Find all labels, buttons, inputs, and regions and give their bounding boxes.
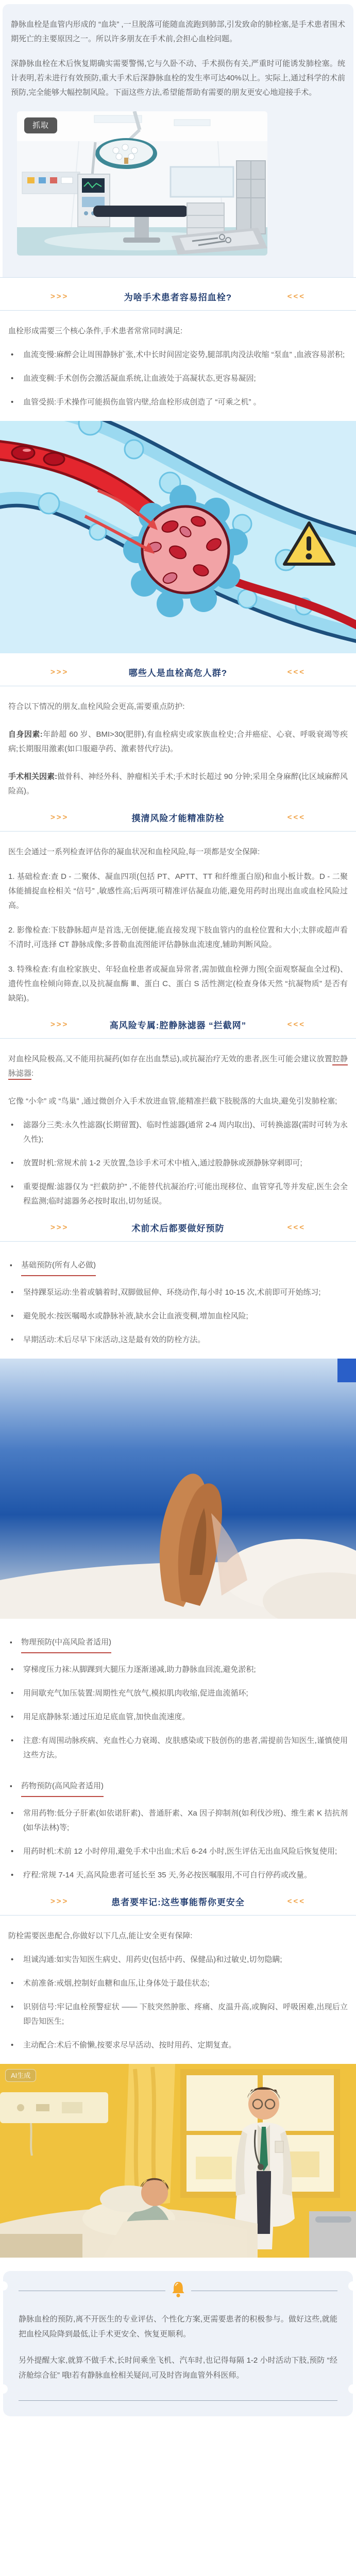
bullet-dot-icon: • xyxy=(8,1844,23,1859)
sec2-self-factors: 自身因素:年龄超 60 岁、BMI>30(肥胖),有血栓病史或家族血栓史;合并癌… xyxy=(8,727,348,756)
list-item: • 坚持踝泵运动:坐着或躺着时,双脚做屈伸、环绕动作,每小时 10-15 次,术… xyxy=(8,1285,348,1300)
section-title: 患者要牢记:这些事能帮你更安全 xyxy=(69,1895,287,1908)
sec2-surgery-factors-label: 手术相关因素: xyxy=(8,772,57,781)
sec2-self-factors-label: 自身因素: xyxy=(8,730,43,739)
section-title: 摸清风险才能精准防栓 xyxy=(69,811,287,824)
right-arrows-icon: <<< xyxy=(287,1020,306,1029)
right-arrows-icon: <<< xyxy=(287,668,306,676)
blood-clot-vessel-image[interactable] xyxy=(0,421,356,653)
bullet-dot-icon: • xyxy=(8,1663,23,1677)
list-item: • 用间歇充气加压装置:周期性充气放气,模拟肌肉收缩,促进血流循环; xyxy=(8,1686,348,1701)
bullet-dot-icon: • xyxy=(8,348,23,362)
intro-panel: 静脉血栓是血管内形成的 “血块” ,一旦脱落可能随血流跑到肺部,引发致命的肺栓塞… xyxy=(3,4,353,277)
operating-room-image[interactable]: 抓取 xyxy=(17,111,339,256)
list-item: • 识别信号:牢记血栓预警症状 —— 下肢突然肿胀、疼痛、皮温升高,或胸闷、呼吸… xyxy=(8,2000,348,2029)
intro-paragraph-1: 静脉血栓是血管内形成的 “血块” ,一旦脱落可能随血流跑到肺部,引发致命的肺栓塞… xyxy=(11,18,345,46)
square-bullet-icon: ▪ xyxy=(8,1259,21,1276)
list-item: • 滤器分三类:永久性滤器(长期留置)、临时性滤器(通常 2-4 周内取出)、可… xyxy=(8,1118,348,1147)
list-item: • 避免脱水:按医嘱喝水或静脉补液,缺水会让血液变稠,增加血栓风险; xyxy=(8,1309,348,1324)
sec4-p1-pre: 对血栓风险极高,又不能用抗凝药(如存在出血禁忌),或抗凝治疗无效的患者,医生可能… xyxy=(8,1055,332,1063)
list-item-text: 早期活动:术后尽早下床活动,这是最有效的防栓方法。 xyxy=(23,1333,348,1347)
list-item-text: 识别信号:牢记血栓预警症状 —— 下肢突然肿胀、疼痛、皮温升高,或胸闷、呼吸困难… xyxy=(23,2000,348,2029)
sec4-paragraph-2: 它像 “小伞” 或 “鸟巢” ,通过微创介入手术放进血管,能精准拦截下肢脱落的大… xyxy=(8,1094,348,1109)
sec3-item-special: 3. 特殊检查:有血栓家族史、年轻血栓患者或凝血异常者,需加做血栓弹力图(全面观… xyxy=(8,962,348,1006)
list-item-text: 常用药物:低分子肝素(如依诺肝素)、普通肝素、Xa 因子抑制剂(如利伐沙班)、维… xyxy=(23,1806,348,1835)
bullet-dot-icon: • xyxy=(8,1953,23,1967)
sec3-lead: 医生会通过一系列检查评估你的凝血状况和血栓风险,每一项都是安全保障: xyxy=(8,845,348,859)
sec4-bullet-list: • 滤器分三类:永久性滤器(长期留置)、临时性滤器(通常 2-4 周内取出)、可… xyxy=(8,1118,348,1209)
right-arrows-icon: <<< xyxy=(287,1897,306,1906)
bullet-dot-icon: • xyxy=(8,1734,23,1762)
summary-card: 静脉血栓的预防,离不开医生的专业评估、个性化方案,更需要患者的积极参与。做好这些… xyxy=(3,2271,353,2416)
doctor-patient-image[interactable]: AI生成 xyxy=(0,2064,356,2258)
card-notch xyxy=(348,2384,356,2394)
list-item-text: 滤器分三类:永久性滤器(长期留置)、临时性滤器(通常 2-4 周内取出)、可转换… xyxy=(23,1118,348,1147)
list-item: • 坦诚沟通:如实告知医生病史、用药史(包括中药、保健品)和过敏史,切勿隐瞒; xyxy=(8,1953,348,1967)
left-arrows-icon: >>> xyxy=(50,1020,69,1029)
list-item: • 血液变稠:手术创伤会激活凝血系统,让血液处于高凝状态,更容易凝固; xyxy=(8,371,348,386)
list-item-text: 穿梯度压力袜:从脚踝到大腿压力逐渐递减,助力静脉血回流,避免淤积; xyxy=(23,1663,348,1677)
list-item-text: 用药时机:术前 12 小时停用,避免手术中出血;术后 6-24 小时,医生评估无… xyxy=(23,1844,348,1859)
doctor-patient-cartoon xyxy=(0,2064,356,2258)
list-item: • 常用药物:低分子肝素(如依诺肝素)、普通肝素、Xa 因子抑制剂(如利伐沙班)… xyxy=(8,1806,348,1835)
list-item-text: 疗程:常规 7-14 天,高风险患者可延长至 35 天,务必按医嘱服用,不可自行… xyxy=(23,1868,348,1883)
sec1-lead: 血栓形成需要三个核心条件,手术患者常常同时满足: xyxy=(8,324,348,338)
right-arrows-icon: <<< xyxy=(287,813,306,822)
bullet-dot-icon: • xyxy=(8,371,23,386)
list-item: • 血流变慢:麻醉会让周围静脉扩张,术中长时间固定姿势,腿部肌肉没法收缩 “泵血… xyxy=(8,348,348,362)
bullet-dot-icon: • xyxy=(8,1710,23,1724)
sec3-item-imaging: 2. 影像检查:下肢静脉超声是首选,无创便捷,能直接发现下肢血管内的血栓位置和大… xyxy=(8,923,348,952)
section-title: 哪些人是血栓高危人群? xyxy=(69,666,287,679)
section-header-risk-assessment: >>> 摸清风险才能精准防栓 <<< xyxy=(0,799,356,832)
left-arrows-icon: >>> xyxy=(50,813,69,822)
sec4-p1-post: : xyxy=(31,1069,33,1078)
bullet-dot-icon: • xyxy=(8,1868,23,1883)
list-item-text: 用足底静脉泵:通过压迫足底血管,加快血流速度。 xyxy=(23,1710,348,1724)
sec2-surgery-factors-text: 做骨科、神经外科、肿瘤相关手术;手术时长超过 90 分钟;采用全身麻醉(比区域麻… xyxy=(8,772,348,795)
section-header-high-risk-groups: >>> 哪些人是血栓高危人群? <<< xyxy=(0,653,356,686)
card-notch xyxy=(348,2281,356,2291)
right-arrows-icon: <<< xyxy=(287,292,306,301)
bullet-dot-icon: • xyxy=(8,1309,23,1324)
bullet-dot-icon: • xyxy=(8,1333,23,1347)
divider-line xyxy=(191,2291,338,2291)
list-item: • 疗程:常规 7-14 天,高风险患者可延长至 35 天,务必按医嘱服用,不可… xyxy=(8,1868,348,1883)
list-item-text: 放置时机:常规术前 1-2 天放置,急诊手术可术中植入,通过股静脉或颈静脉穿刺即… xyxy=(23,1156,348,1171)
list-item-text: 血管受损:手术操作可能损伤血管内壁,给血栓形成创造了 “可乘之机” 。 xyxy=(23,395,348,410)
card-notch xyxy=(0,2384,8,2394)
section-header-patient-tips: >>> 患者要牢记:这些事能帮你更安全 <<< xyxy=(0,1883,356,1916)
capture-badge-button[interactable]: 抓取 xyxy=(24,117,57,133)
sec3-check-list: 1. 基础检查:查 D - 二聚体、凝血四项(包括 PT、APTT、TT 和纤维… xyxy=(0,870,356,1006)
subheading-basic-prevention: ▪ 基础预防(所有人必做) xyxy=(8,1259,348,1276)
list-item: • 用药时机:术前 12 小时停用,避免手术中出血;术后 6-24 小时,医生评… xyxy=(8,1844,348,1859)
list-item: • 注意:有周围动脉疾病、充血性心力衰竭、皮肤感染或下肢创伤的患者,需提前告知医… xyxy=(8,1734,348,1762)
drug-prevention-list: • 常用药物:低分子肝素(如依诺肝素)、普通肝素、Xa 因子抑制剂(如利伐沙班)… xyxy=(8,1806,348,1883)
list-item-text: 用间歇充气加压装置:周期性充气放气,模拟肌肉收缩,促进血流循环; xyxy=(23,1686,348,1701)
sec4-paragraph-1: 对血栓风险极高,又不能用抗凝药(如存在出血禁忌),或抗凝治疗无效的患者,医生可能… xyxy=(8,1052,348,1081)
list-item-text: 血流变慢:麻醉会让周围静脉扩张,术中长时间固定姿势,腿部肌肉没法收缩 “泵血” … xyxy=(23,348,348,362)
left-arrows-icon: >>> xyxy=(50,292,69,301)
section-title: 为啥手术患者容易招血栓? xyxy=(69,290,287,303)
bullet-dot-icon: • xyxy=(8,2000,23,2029)
ai-generated-badge: AI生成 xyxy=(5,2069,36,2082)
sec6-bullet-list: • 坦诚沟通:如实告知医生病史、用药史(包括中药、保健品)和过敏史,切勿隐瞒; … xyxy=(8,1953,348,2053)
bullet-dot-icon: • xyxy=(8,1976,23,1991)
list-item-text: 坚持踝泵运动:坐着或躺着时,双脚做屈伸、环绕动作,每小时 10-15 次,术前即… xyxy=(23,1285,348,1300)
card-notch xyxy=(0,2281,8,2291)
summary-paragraph-1: 静脉血栓的预防,离不开医生的专业评估、个性化方案,更需要患者的积极参与。做好这些… xyxy=(19,2312,337,2342)
list-item: • 血管受损:手术操作可能损伤血管内壁,给血栓形成创造了 “可乘之机” 。 xyxy=(8,395,348,410)
bullet-dot-icon: • xyxy=(8,1285,23,1300)
section-header-prevention: >>> 术前术后都要做好预防 <<< xyxy=(0,1209,356,1242)
left-arrows-icon: >>> xyxy=(50,1223,69,1232)
list-item: • 用足底静脉泵:通过压迫足底血管,加快血流速度。 xyxy=(8,1710,348,1724)
sec6-lead: 防栓需要医患配合,你做好以下几点,能让安全更有保障: xyxy=(8,1929,348,1943)
section-title: 术前术后都要做好预防 xyxy=(69,1221,287,1234)
right-arrows-icon: <<< xyxy=(287,1223,306,1232)
list-item-text: 术前准备:戒烟,控制好血糖和血压,让身体处于最佳状态; xyxy=(23,1976,348,1991)
blood-clot-vessel-illustration xyxy=(0,421,356,653)
subheading-physical-prevention: ▪ 物理预防(中高风险者适用) xyxy=(8,1636,348,1653)
subheading-text: 基础预防(所有人必做) xyxy=(21,1259,96,1276)
subheading-text: 药物预防(高风险者适用) xyxy=(21,1780,104,1797)
elevated-legs-image[interactable] xyxy=(0,1359,356,1619)
sec2-lead: 符合以下情况的朋友,血栓风险会更高,需要重点防护: xyxy=(8,700,348,714)
list-item: • 主动配合:术后不偷懒,按要求尽早活动、按时用药、定期复查。 xyxy=(8,2038,348,2053)
bullet-dot-icon: • xyxy=(8,1686,23,1701)
bullet-dot-icon: • xyxy=(8,2038,23,2053)
divider-line xyxy=(19,2291,165,2291)
page-bottom-spacer xyxy=(0,2416,356,2427)
list-item: • 穿梯度压力袜:从脚踝到大腿压力逐渐递减,助力静脉血回流,避免淤积; xyxy=(8,1663,348,1677)
list-item-text: 坦诚沟通:如实告知医生病史、用药史(包括中药、保健品)和过敏史,切勿隐瞒; xyxy=(23,1953,348,1967)
list-item-text: 重要提醒:滤器仅为 “拦截防护” ,不能替代抗凝治疗;可能出现移位、血管穿孔等并… xyxy=(23,1180,348,1209)
list-item-text: 血液变稠:手术创伤会激活凝血系统,让血液处于高凝状态,更容易凝固; xyxy=(23,371,348,386)
bullet-dot-icon: • xyxy=(8,395,23,410)
section-header-why-thrombosis: >>> 为啥手术患者容易招血栓? <<< xyxy=(0,278,356,311)
sec2-surgery-factors: 手术相关因素:做骨科、神经外科、肿瘤相关手术;手术时长超过 90 分钟;采用全身… xyxy=(8,770,348,799)
bell-icon xyxy=(172,2281,185,2300)
subheading-text: 物理预防(中高风险者适用) xyxy=(21,1636,111,1653)
section-title: 高风险专属:腔静脉滤器 “拦截网” xyxy=(69,1018,287,1031)
list-item: • 放置时机:常规术前 1-2 天放置,急诊手术可术中植入,通过股静脉或颈静脉穿… xyxy=(8,1156,348,1171)
card-bottom-line xyxy=(19,2400,337,2401)
sec1-bullet-list: • 血流变慢:麻醉会让周围静脉扩张,术中长时间固定姿势,腿部肌肉没法收缩 “泵血… xyxy=(8,348,348,410)
summary-paragraph-2: 另外提醒大家,就算不做手术,长时间乘坐飞机、汽车时,也记得每隔 1-2 小时活动… xyxy=(19,2353,337,2383)
sec3-item-basic: 1. 基础检查:查 D - 二聚体、凝血四项(包括 PT、APTT、TT 和纤维… xyxy=(8,870,348,913)
subheading-drug-prevention: ▪ 药物预防(高风险者适用) xyxy=(8,1780,348,1797)
bullet-dot-icon: • xyxy=(8,1118,23,1147)
square-bullet-icon: ▪ xyxy=(8,1780,21,1797)
bell-divider xyxy=(19,2279,337,2300)
list-item-text: 注意:有周围动脉疾病、充血性心力衰竭、皮肤感染或下肢创伤的患者,需提前告知医生,… xyxy=(23,1734,348,1762)
basic-prevention-list: • 坚持踝泵运动:坐着或躺着时,双脚做屈伸、环绕动作,每小时 10-15 次,术… xyxy=(8,1285,348,1347)
elevated-legs-photo xyxy=(0,1359,356,1619)
list-item: • 重要提醒:滤器仅为 “拦截防护” ,不能替代抗凝治疗;可能出现移位、血管穿孔… xyxy=(8,1180,348,1209)
list-item: • 术前准备:戒烟,控制好血糖和血压,让身体处于最佳状态; xyxy=(8,1976,348,1991)
list-item-text: 避免脱水:按医嘱喝水或静脉补液,缺水会让血液变稠,增加血栓风险; xyxy=(23,1309,348,1324)
square-bullet-icon: ▪ xyxy=(8,1636,21,1653)
physical-prevention-list: • 穿梯度压力袜:从脚踝到大腿压力逐渐递减,助力静脉血回流,避免淤积; • 用间… xyxy=(8,1663,348,1762)
list-item-text: 主动配合:术后不偷懒,按要求尽早活动、按时用药、定期复查。 xyxy=(23,2038,348,2053)
bullet-dot-icon: • xyxy=(8,1180,23,1209)
bullet-dot-icon: • xyxy=(8,1806,23,1835)
section-header-vena-cava-filter: >>> 高风险专属:腔静脉滤器 “拦截网” <<< xyxy=(0,1006,356,1039)
left-arrows-icon: >>> xyxy=(50,1897,69,1906)
sec2-self-factors-text: 年龄超 60 岁、BMI>30(肥胖),有血栓病史或家族血栓史;合并癌症、心衰、… xyxy=(8,730,348,753)
left-arrows-icon: >>> xyxy=(50,668,69,676)
list-item: • 早期活动:术后尽早下床活动,这是最有效的防栓方法。 xyxy=(8,1333,348,1347)
intro-paragraph-2: 深静脉血栓在术后恢复期确实需要警惕,它与久卧不动、手术损伤有关,严重时可能诱发肺… xyxy=(11,57,345,100)
bullet-dot-icon: • xyxy=(8,1156,23,1171)
